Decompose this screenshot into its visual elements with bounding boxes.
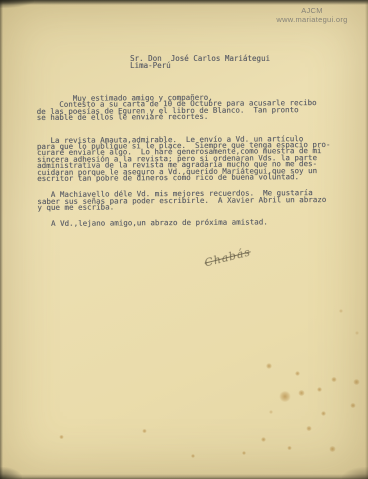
- letter-paragraph-4: A Vd.,lejano amigo,un abrazo de próxima …: [37, 219, 331, 227]
- archive-org-label: AJCM: [264, 6, 360, 15]
- scan-corner-top-left: [0, 0, 34, 8]
- signature-text: Chabás: [203, 245, 252, 269]
- stain-spot: [306, 426, 312, 431]
- scan-edge-bottom: [0, 474, 368, 479]
- stain-spot: [298, 390, 305, 396]
- recipient-address: Sr. Don José Carlos Mariátegui Lima-Perú: [130, 55, 270, 69]
- scan-edge-top: [0, 0, 368, 5]
- stain-spot: [317, 387, 322, 392]
- stain-spot: [279, 391, 291, 402]
- stain-spot: [350, 403, 356, 408]
- stain-spot: [353, 379, 360, 385]
- scan-edge-left: [0, 0, 3, 479]
- letter-body: Muy estimado amigo y compañero, Contesto…: [37, 94, 331, 227]
- scanned-letter-page: { "colors": { "paper": "#eadcab", "typew…: [0, 0, 368, 479]
- stain-spot: [329, 446, 336, 452]
- stain-spot: [321, 411, 326, 416]
- archive-watermark: AJCM www.mariategui.org: [264, 6, 360, 24]
- stain-spot: [59, 435, 64, 439]
- letter-paragraph-3: A Machiavello déle Vd. mis mejores recue…: [37, 190, 331, 211]
- stain-spot: [269, 410, 273, 414]
- paper-vignette: [0, 0, 368, 479]
- stain-spot: [355, 331, 359, 335]
- archive-url-label: www.mariategui.org: [264, 15, 360, 24]
- letter-paragraph-1: Muy estimado amigo y compañero, Contesto…: [37, 94, 331, 122]
- stain-spot: [331, 377, 337, 382]
- scan-corner-bottom-left: [0, 467, 22, 479]
- scan-corner-bottom-right: [342, 467, 368, 479]
- stain-spot: [287, 446, 292, 450]
- stain-spot: [295, 371, 300, 376]
- stain-spot: [142, 429, 147, 433]
- handwritten-signature: Chabás: [204, 246, 284, 274]
- stain-spot: [339, 309, 343, 313]
- letter-paragraph-2: La revista Amauta,admirable. Le envío a …: [37, 136, 331, 183]
- stain-spot: [191, 454, 195, 458]
- stain-spot: [242, 451, 246, 455]
- stain-spot: [266, 363, 272, 369]
- stain-spot: [261, 437, 266, 442]
